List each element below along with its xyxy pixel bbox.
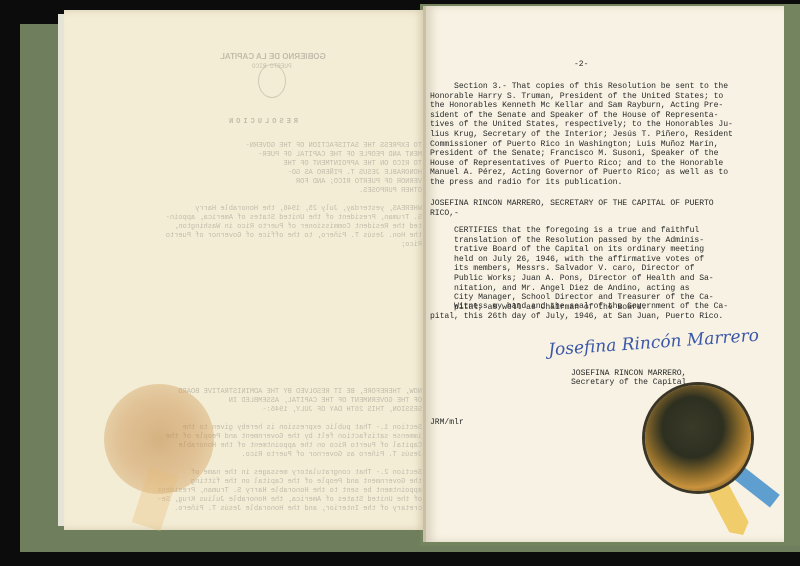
government-crest-icon — [258, 64, 286, 98]
section-3-paragraph: Section 3.- That copies of this Resoluti… — [430, 82, 733, 188]
official-seal-icon — [645, 385, 751, 491]
page-number: -2- — [574, 60, 588, 70]
mirrored-title: RESOLUCION — [226, 118, 298, 127]
certification-paragraph: CERTIFIES that the foregoing is a true a… — [430, 226, 714, 312]
mirrored-header: GOBIERNO DE LA CAPITAL — [220, 52, 326, 61]
signer-title: Secretary of the Capital — [571, 378, 686, 388]
certifier-heading: JOSEFINA RINCON MARRERO, SECRETARY OF TH… — [430, 199, 714, 218]
witness-paragraph: Witness my hand and the seal of the Gove… — [430, 302, 728, 321]
typist-initials: JRM/mlr — [430, 418, 464, 428]
mirrored-body: TO EXPRESS THE SATISFACTION OF THE GOVER… — [112, 142, 422, 250]
